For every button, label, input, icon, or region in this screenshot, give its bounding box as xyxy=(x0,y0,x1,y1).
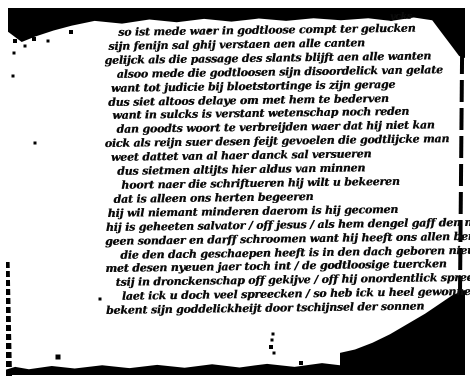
interlinear-insertion: ycks xyxy=(390,12,412,22)
manuscript-text-block: ycks so ist mede waer in godtloose compt… xyxy=(102,21,466,318)
scanned-manuscript-page: ycks so ist mede waer in godtloose compt… xyxy=(0,0,470,380)
scan-speckles xyxy=(0,0,2,2)
scan-border-left xyxy=(6,262,12,376)
